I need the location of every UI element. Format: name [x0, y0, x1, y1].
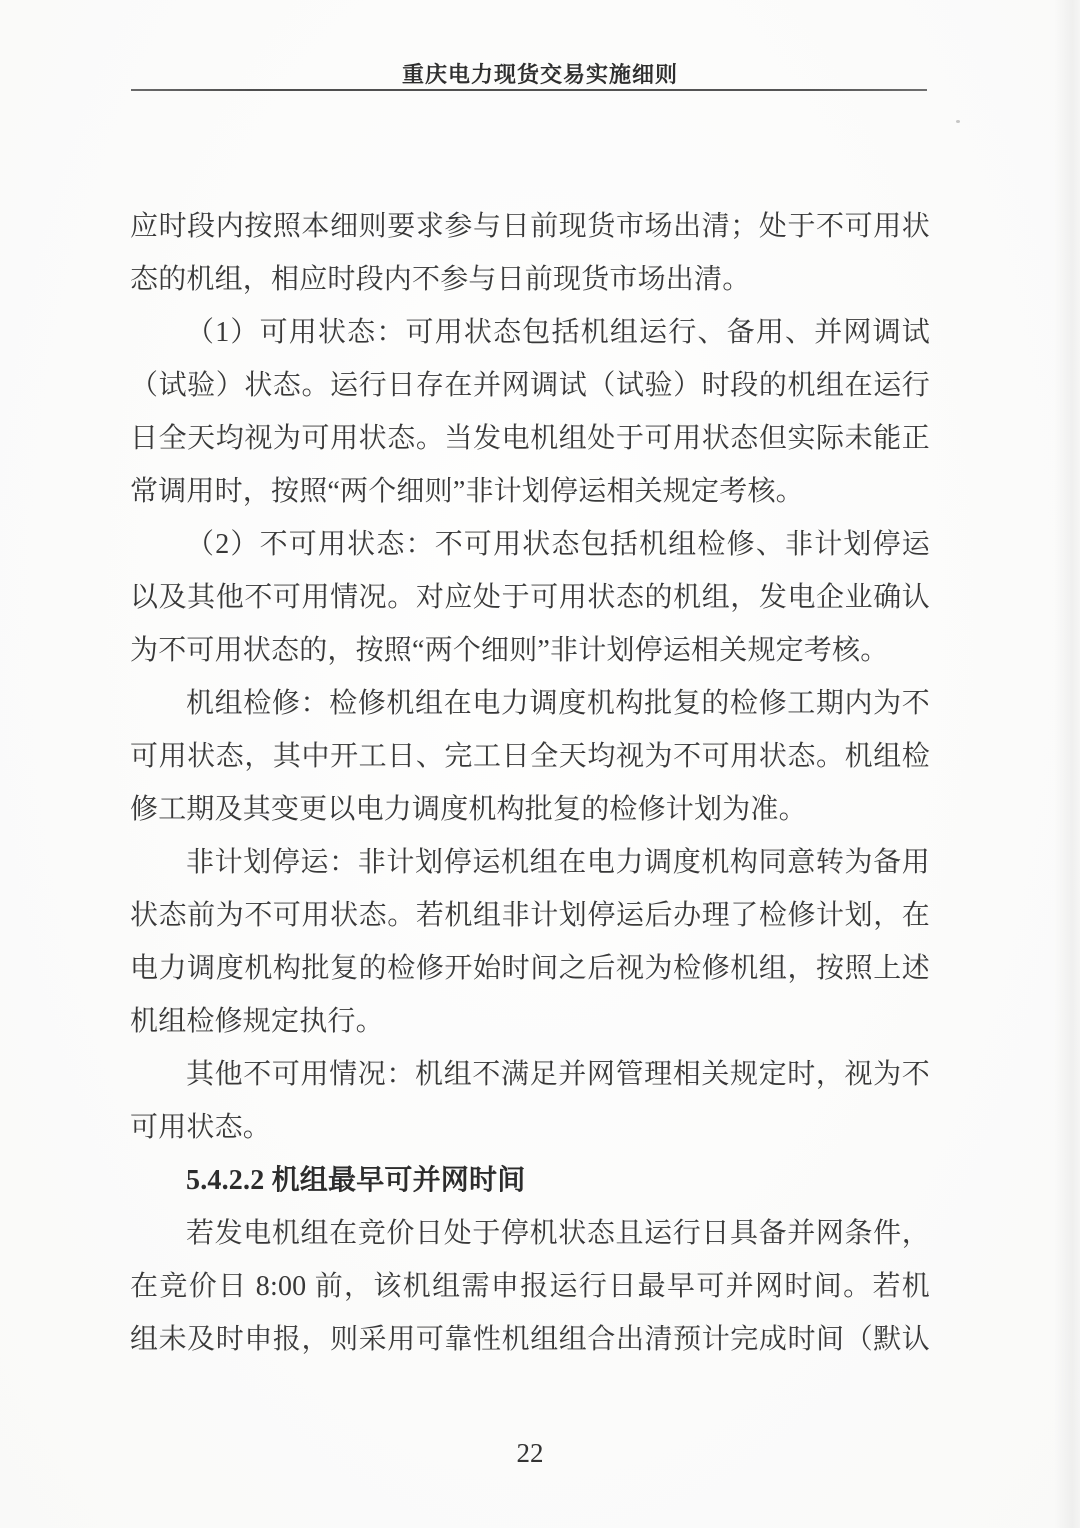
- text-line: 态的机组，相应时段内不参与日前现货市场出清。: [130, 253, 930, 306]
- text-line: （试验）状态。运行日存在并网调试（试验）时段的机组在运行: [130, 359, 930, 412]
- header-title: 重庆电力现货交易实施细则: [0, 58, 1080, 89]
- text-line: 为不可用状态的，按照“两个细则”非计划停运相关规定考核。: [130, 624, 930, 677]
- text-line: 以及其他不可用情况。对应处于可用状态的机组，发电企业确认: [130, 571, 930, 624]
- text-line: 应时段内按照本细则要求参与日前现货市场出清；处于不可用状: [130, 200, 930, 253]
- text-line: 电力调度机构批复的检修开始时间之后视为检修机组，按照上述: [130, 942, 930, 995]
- text-line: 非计划停运：非计划停运机组在电力调度机构同意转为备用: [130, 836, 930, 889]
- text-line: 可用状态。: [130, 1101, 930, 1154]
- text-line: 其他不可用情况：机组不满足并网管理相关规定时，视为不: [130, 1048, 930, 1101]
- page-number: 22: [0, 1438, 1060, 1469]
- text-line: （2）不可用状态：不可用状态包括机组检修、非计划停运: [130, 518, 930, 571]
- text-line: 若发电机组在竞价日处于停机状态且运行日具备并网条件，: [130, 1207, 930, 1260]
- document-body: 应时段内按照本细则要求参与日前现货市场出清；处于不可用状态的机组，相应时段内不参…: [130, 200, 930, 1366]
- header-rule: [131, 89, 927, 91]
- text-line: 修工期及其变更以电力调度机构批复的检修计划为准。: [130, 783, 930, 836]
- text-line: 在竞价日 8:00 前，该机组需申报运行日最早可并网时间。若机: [130, 1260, 930, 1313]
- page: 重庆电力现货交易实施细则 应时段内按照本细则要求参与日前现货市场出清；处于不可用…: [0, 0, 1080, 1528]
- text-line: 日全天均视为可用状态。当发电机组处于可用状态但实际未能正: [130, 412, 930, 465]
- text-line: 常调用时，按照“两个细则”非计划停运相关规定考核。: [130, 465, 930, 518]
- text-line: 状态前为不可用状态。若机组非计划停运后办理了检修计划，在: [130, 889, 930, 942]
- text-line: 组未及时申报，则采用可靠性机组组合出清预计完成时间（默认: [130, 1313, 930, 1366]
- text-line: 机组检修规定执行。: [130, 995, 930, 1048]
- section-heading: 5.4.2.2 机组最早可并网时间: [130, 1154, 930, 1207]
- text-line: （1）可用状态：可用状态包括机组运行、备用、并网调试: [130, 306, 930, 359]
- scan-speck: [956, 120, 960, 123]
- text-line: 可用状态，其中开工日、完工日全天均视为不可用状态。机组检: [130, 730, 930, 783]
- text-line: 机组检修：检修机组在电力调度机构批复的检修工期内为不: [130, 677, 930, 730]
- scan-edge-shadow: [1054, 0, 1080, 1528]
